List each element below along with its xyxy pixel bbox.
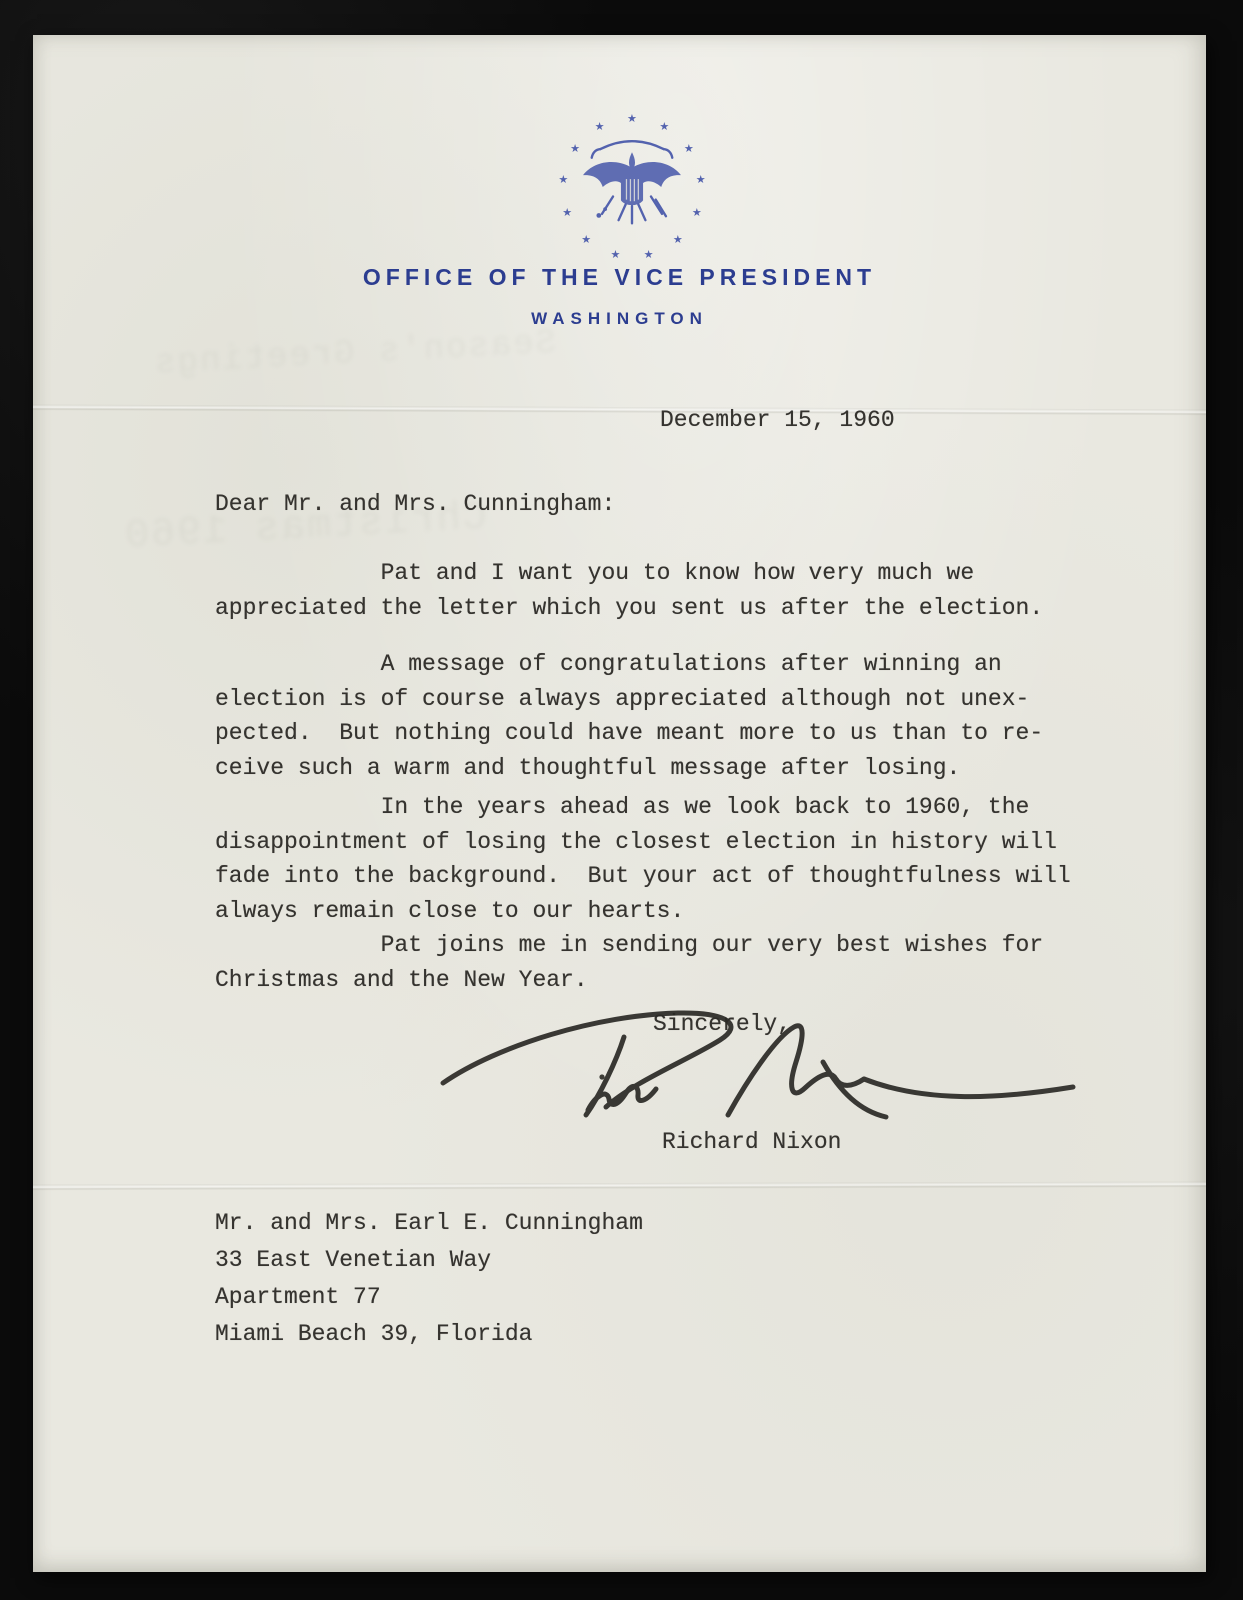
paragraph-3: In the years ahead as we look back to 19…	[215, 790, 1071, 928]
letterhead-city-line: WASHINGTON	[33, 309, 1206, 329]
svg-text:★: ★	[581, 233, 591, 246]
letter-date: December 15, 1960	[660, 403, 895, 438]
svg-text:★: ★	[696, 173, 706, 186]
eagle-body	[583, 152, 681, 205]
paragraph-2: A message of congratulations after winni…	[215, 647, 1043, 785]
ink-show-through: Season's Greetings	[152, 324, 557, 383]
scanned-letter: Season's Greetings Christmas 1960 ★★★ ★★…	[0, 0, 1243, 1600]
paragraph-1: Pat and I want you to know how very much…	[215, 556, 1043, 625]
nixon-signature	[428, 1005, 1088, 1133]
svg-text:★: ★	[595, 120, 605, 133]
svg-text:★: ★	[644, 248, 654, 261]
svg-text:★: ★	[558, 173, 568, 186]
svg-text:★: ★	[692, 206, 702, 219]
svg-text:★: ★	[570, 142, 580, 155]
svg-text:★: ★	[562, 206, 572, 219]
salutation: Dear Mr. and Mrs. Cunningham:	[215, 487, 615, 522]
vice-president-seal-icon: ★★★ ★★★ ★★★ ★★★ ★	[553, 107, 711, 267]
letterhead-office-line: OFFICE OF THE VICE PRESIDENT	[33, 264, 1206, 291]
svg-text:★: ★	[659, 120, 669, 133]
recipient-address: Mr. and Mrs. Earl E. Cunningham 33 East …	[215, 1205, 643, 1353]
svg-text:★: ★	[673, 233, 683, 246]
svg-text:★: ★	[627, 112, 637, 125]
svg-text:★: ★	[684, 142, 694, 155]
letter-page: Season's Greetings Christmas 1960 ★★★ ★★…	[33, 35, 1206, 1572]
svg-text:★: ★	[610, 248, 620, 261]
paragraph-4: Pat joins me in sending our very best wi…	[215, 928, 1043, 997]
typed-name: Richard Nixon	[662, 1125, 841, 1160]
fold-crease-bottom	[33, 1181, 1206, 1190]
fold-crease-top	[33, 404, 1206, 415]
